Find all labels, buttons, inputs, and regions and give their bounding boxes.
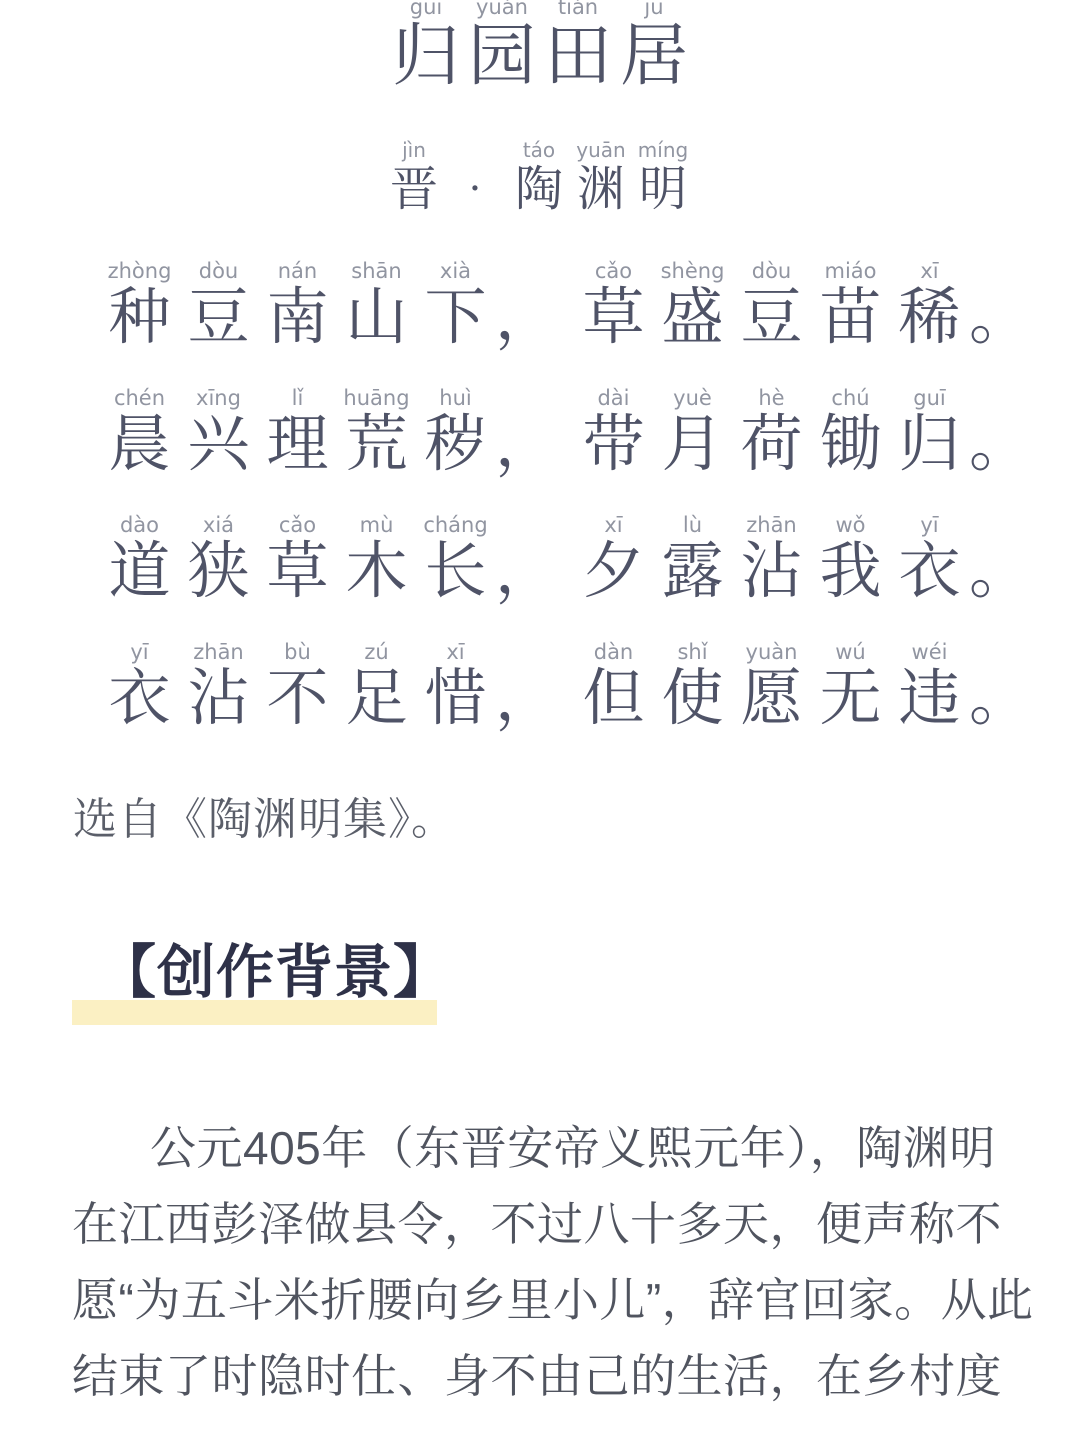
punctuation: ， bbox=[495, 385, 574, 477]
hanzi-char: 木 bbox=[345, 538, 407, 604]
syllable-cell: nán南 bbox=[258, 258, 337, 350]
punctuation-glyph: 。 bbox=[969, 284, 1031, 350]
hanzi-char: 明 bbox=[639, 162, 687, 216]
hanzi-char: 草 bbox=[582, 284, 644, 350]
syllable-cell: huāng荒 bbox=[337, 385, 416, 477]
syllable-cell: zhān沾 bbox=[732, 512, 811, 604]
syllable-cell: cǎo草 bbox=[258, 512, 337, 604]
poem-reading-page: guī归yuán园tián田jū居 jìn晋·táo陶yuān渊míng明 zh… bbox=[0, 0, 1080, 1439]
poem-body: zhòng种dòu豆nán南shān山xià下，cǎo草shèng盛dòu豆mi… bbox=[0, 258, 1080, 731]
paragraph-line: 结束了时隐时仕、身不由己的生活，在乡村度 bbox=[72, 1338, 1032, 1414]
syllable-cell: xiá狭 bbox=[179, 512, 258, 604]
syllable-cell: dào道 bbox=[100, 512, 179, 604]
punctuation: ， bbox=[495, 639, 574, 731]
syllable-cell: wǒ我 bbox=[811, 512, 890, 604]
pinyin-label: jìn bbox=[402, 138, 426, 162]
paragraph-line: 愿“为五斗米折腰向乡里小儿”，辞官回家。从此 bbox=[72, 1262, 1032, 1338]
punctuation-glyph: 。 bbox=[969, 411, 1031, 477]
syllable-cell: yuán园 bbox=[464, 0, 540, 94]
hanzi-char: 沾 bbox=[740, 538, 802, 604]
poem-title: guī归yuán园tián田jū居 bbox=[0, 0, 1080, 94]
hanzi-char: 豆 bbox=[187, 284, 249, 350]
hanzi-char: 使 bbox=[661, 665, 723, 731]
hanzi-char: 道 bbox=[108, 538, 170, 604]
pinyin-label: yuān bbox=[576, 138, 625, 162]
hanzi-char: 渊 bbox=[577, 162, 625, 216]
hanzi-char: 田 bbox=[544, 20, 612, 94]
syllable-cell: cháng长 bbox=[416, 512, 495, 604]
paragraph-line: 公元405年（东晋安帝义熙元年），陶渊明 bbox=[72, 1110, 1032, 1186]
syllable-cell: xī惜 bbox=[416, 639, 495, 731]
hanzi-char: 归 bbox=[898, 411, 960, 477]
hanzi-char: · bbox=[469, 162, 482, 216]
hanzi-char: 荷 bbox=[740, 411, 802, 477]
syllable-cell: cǎo草 bbox=[574, 258, 653, 350]
syllable-cell: tián田 bbox=[540, 0, 616, 94]
pinyin-label: táo bbox=[523, 138, 555, 162]
syllable-cell: xī稀 bbox=[890, 258, 969, 350]
hanzi-char: 但 bbox=[582, 665, 644, 731]
hanzi-char: 衣 bbox=[108, 665, 170, 731]
syllable-cell: zhān沾 bbox=[179, 639, 258, 731]
syllable-cell: yuè月 bbox=[653, 385, 732, 477]
hanzi-char: 夕 bbox=[582, 538, 644, 604]
hanzi-char: 衣 bbox=[898, 538, 960, 604]
syllable-cell: shèng盛 bbox=[653, 258, 732, 350]
hanzi-char: 山 bbox=[345, 284, 407, 350]
hanzi-char: 稀 bbox=[898, 284, 960, 350]
source-note: 选自《陶渊明集》。 bbox=[73, 795, 1080, 845]
hanzi-char: 晋 bbox=[390, 162, 438, 216]
punctuation: 。 bbox=[969, 639, 1014, 731]
hanzi-char: 我 bbox=[819, 538, 881, 604]
section-heading-text: 【创作背景】 bbox=[98, 940, 452, 1005]
section-heading: 【创作背景】 bbox=[98, 940, 1080, 1025]
hanzi-char: 惜 bbox=[424, 665, 486, 731]
hanzi-char: 归 bbox=[392, 20, 460, 94]
punctuation-glyph: ， bbox=[495, 411, 557, 477]
hanzi-char: 秽 bbox=[424, 411, 486, 477]
hanzi-char: 荒 bbox=[345, 411, 407, 477]
syllable-cell: lù露 bbox=[653, 512, 732, 604]
punctuation-glyph: ， bbox=[495, 284, 557, 350]
background-paragraph: 公元405年（东晋安帝义熙元年），陶渊明在江西彭泽做县令，不过八十多天，便声称不… bbox=[72, 1110, 1032, 1414]
poem-author: jìn晋·táo陶yuān渊míng明 bbox=[0, 138, 1080, 216]
punctuation-glyph: ， bbox=[495, 538, 557, 604]
poem-line: zhòng种dòu豆nán南shān山xià下，cǎo草shèng盛dòu豆mi… bbox=[100, 258, 1080, 350]
punctuation: ， bbox=[495, 512, 574, 604]
hanzi-char: 晨 bbox=[108, 411, 170, 477]
punctuation-glyph: 。 bbox=[969, 538, 1031, 604]
syllable-cell: lǐ理 bbox=[258, 385, 337, 477]
hanzi-char: 下 bbox=[424, 284, 486, 350]
syllable-cell: bù不 bbox=[258, 639, 337, 731]
hanzi-char: 草 bbox=[266, 538, 328, 604]
hanzi-char: 狭 bbox=[187, 538, 249, 604]
syllable-cell: táo陶 bbox=[508, 138, 570, 216]
syllable-cell: chén晨 bbox=[100, 385, 179, 477]
syllable-cell: hè荷 bbox=[732, 385, 811, 477]
syllable-cell: jū居 bbox=[616, 0, 692, 94]
punctuation-glyph: 。 bbox=[969, 665, 1031, 731]
hanzi-char: 盛 bbox=[661, 284, 723, 350]
hanzi-char: 陶 bbox=[515, 162, 563, 216]
syllable-cell: miáo苗 bbox=[811, 258, 890, 350]
syllable-cell: xià下 bbox=[416, 258, 495, 350]
paragraph-line: 在江西彭泽做县令，不过八十多天，便声称不 bbox=[72, 1186, 1032, 1262]
hanzi-char: 违 bbox=[898, 665, 960, 731]
syllable-cell: xīng兴 bbox=[179, 385, 258, 477]
hanzi-char: 沾 bbox=[187, 665, 249, 731]
hanzi-char: 露 bbox=[661, 538, 723, 604]
syllable-cell: xī夕 bbox=[574, 512, 653, 604]
syllable-cell: huì秽 bbox=[416, 385, 495, 477]
hanzi-char: 园 bbox=[468, 20, 536, 94]
syllable-cell: dài带 bbox=[574, 385, 653, 477]
syllable-cell: yuàn愿 bbox=[732, 639, 811, 731]
punctuation: 。 bbox=[969, 258, 1014, 350]
hanzi-char: 豆 bbox=[740, 284, 802, 350]
syllable-cell: wú无 bbox=[811, 639, 890, 731]
syllable-cell: yī衣 bbox=[890, 512, 969, 604]
syllable-cell: zú足 bbox=[337, 639, 416, 731]
hanzi-char: 理 bbox=[266, 411, 328, 477]
syllable-cell: zhòng种 bbox=[100, 258, 179, 350]
punctuation: 。 bbox=[969, 512, 1014, 604]
hanzi-char: 南 bbox=[266, 284, 328, 350]
hanzi-char: 带 bbox=[582, 411, 644, 477]
syllable-cell: mù木 bbox=[337, 512, 416, 604]
syllable-cell: chú锄 bbox=[811, 385, 890, 477]
poem-line: chén晨xīng兴lǐ理huāng荒huì秽，dài带yuè月hè荷chú锄g… bbox=[100, 385, 1080, 477]
poem-line: yī衣zhān沾bù不zú足xī惜，dàn但shǐ使yuàn愿wú无wéi违。 bbox=[100, 639, 1080, 731]
syllable-cell: jìn晋 bbox=[386, 138, 442, 216]
hanzi-char: 居 bbox=[620, 20, 688, 94]
syllable-cell: míng明 bbox=[632, 138, 694, 216]
hanzi-char: 苗 bbox=[819, 284, 881, 350]
syllable-cell: guī归 bbox=[890, 385, 969, 477]
punctuation: 。 bbox=[969, 385, 1014, 477]
hanzi-char: 愿 bbox=[740, 665, 802, 731]
hanzi-char: 种 bbox=[108, 284, 170, 350]
pinyin-label: míng bbox=[638, 138, 688, 162]
syllable-cell: dòu豆 bbox=[732, 258, 811, 350]
syllable-cell: yuān渊 bbox=[570, 138, 632, 216]
syllable-cell: shǐ使 bbox=[653, 639, 732, 731]
syllable-cell: · bbox=[442, 138, 508, 216]
poem-line: dào道xiá狭cǎo草mù木cháng长，xī夕lù露zhān沾wǒ我yī衣。 bbox=[100, 512, 1080, 604]
hanzi-char: 长 bbox=[424, 538, 486, 604]
syllable-cell: yī衣 bbox=[100, 639, 179, 731]
syllable-cell: dàn但 bbox=[574, 639, 653, 731]
punctuation: ， bbox=[495, 258, 574, 350]
syllable-cell: shān山 bbox=[337, 258, 416, 350]
hanzi-char: 锄 bbox=[819, 411, 881, 477]
punctuation-glyph: ， bbox=[495, 665, 557, 731]
syllable-cell: wéi违 bbox=[890, 639, 969, 731]
hanzi-char: 不 bbox=[266, 665, 328, 731]
hanzi-char: 月 bbox=[661, 411, 723, 477]
hanzi-char: 兴 bbox=[187, 411, 249, 477]
syllable-cell: guī归 bbox=[388, 0, 464, 94]
hanzi-char: 无 bbox=[819, 665, 881, 731]
hanzi-char: 足 bbox=[345, 665, 407, 731]
syllable-cell: dòu豆 bbox=[179, 258, 258, 350]
